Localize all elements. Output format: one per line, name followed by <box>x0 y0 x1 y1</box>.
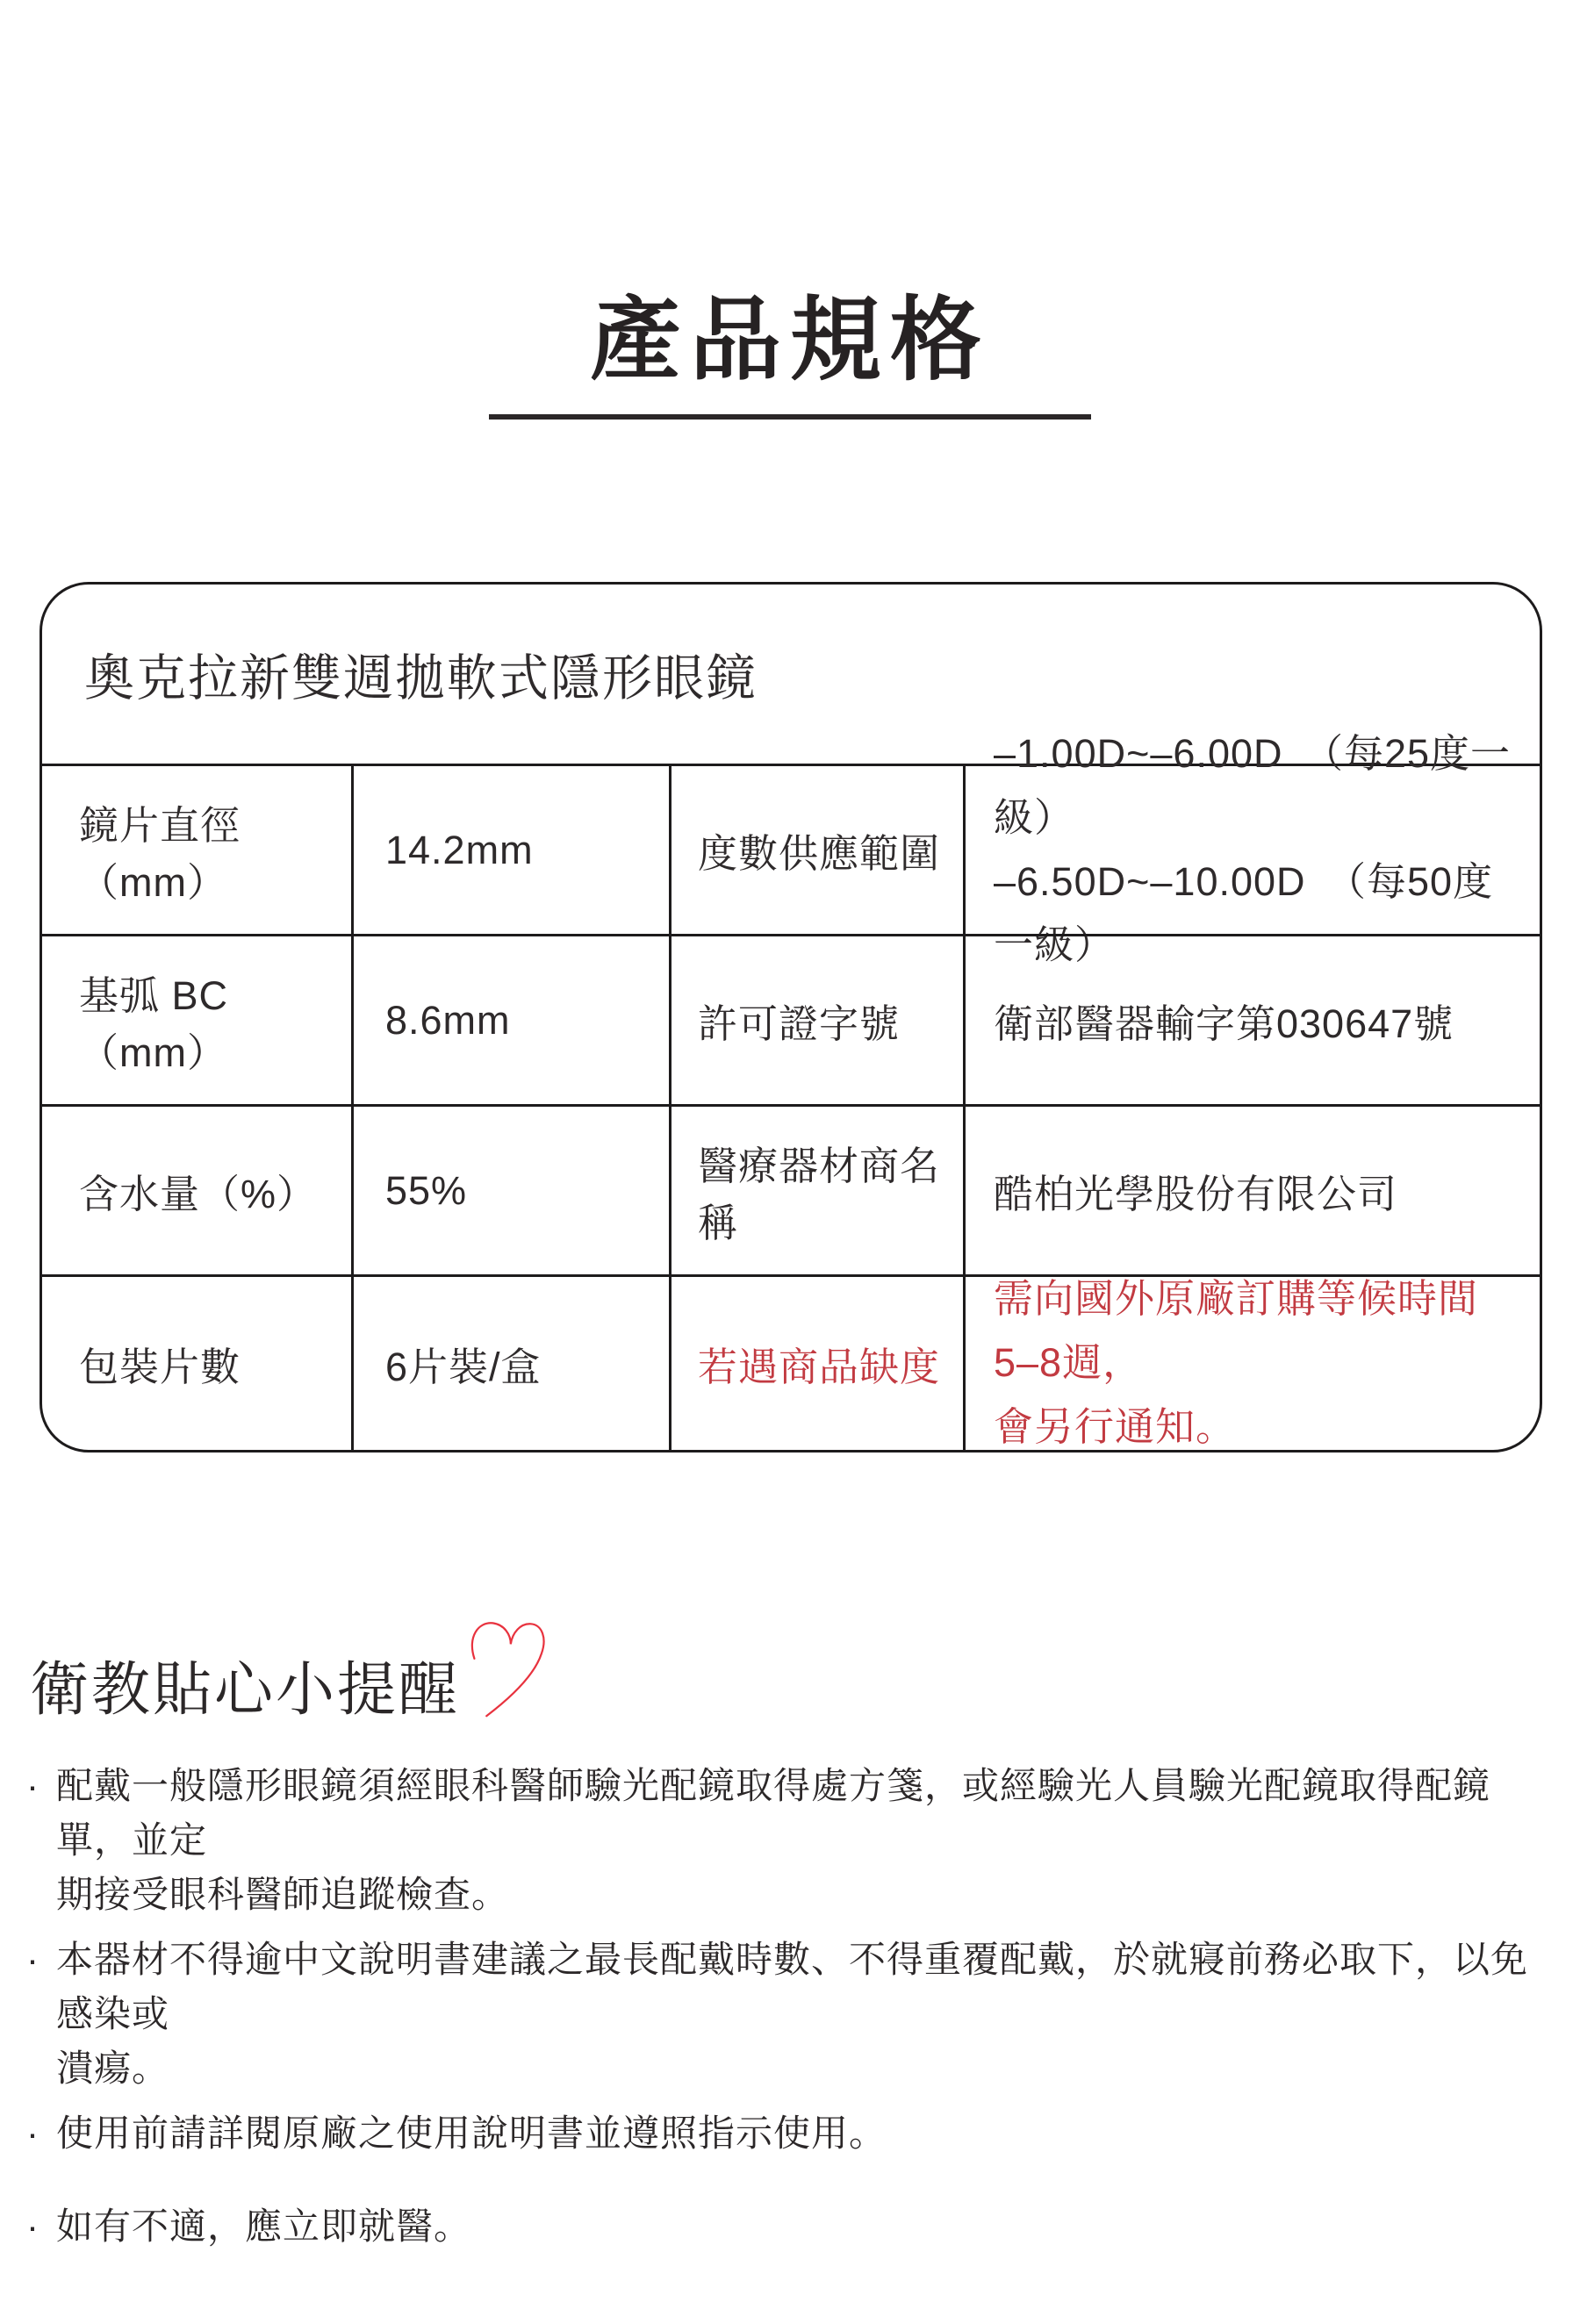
page-title: 產品規格 <box>0 290 1580 391</box>
spec-label-water-content: 含水量（%） <box>42 1104 351 1274</box>
title-block: 產品規格 <box>0 290 1580 420</box>
spec-table: 奧克拉新雙週拋軟式隱形眼鏡 鏡片直徑（mm） 14.2mm 度數供應範圍 –1.… <box>39 582 1542 1452</box>
spec-label-license-number: 許可證字號 <box>669 934 963 1104</box>
spec-label-out-of-stock: 若遇商品缺度 <box>669 1274 963 1450</box>
bullet-marker: · <box>26 2106 56 2161</box>
spec-label-pack-count: 包裝片數 <box>42 1274 351 1450</box>
tip-prescription: 配戴一般隱形眼鏡須經眼科醫師驗光配鏡取得處方箋，或經驗光人員驗光配鏡取得配鏡單，… <box>56 1759 1555 1922</box>
spec-label-vendor-name: 醫療器材商名稱 <box>669 1104 963 1274</box>
bullet-marker: · <box>26 1933 56 1987</box>
spec-value-power-range: –1.00D~–6.00D （每25度一級） –6.50D~–10.00D （每… <box>963 764 1540 934</box>
spec-value-out-of-stock: 需向國外原廠訂購等候時間5–8週， 會另行通知。 <box>963 1274 1540 1450</box>
bullet-marker: · <box>26 1759 56 1813</box>
spec-label-power-range: 度數供應範圍 <box>669 764 963 934</box>
spec-value-water-content: 55% <box>351 1104 669 1274</box>
spec-value-pack-count: 6片裝/盒 <box>351 1274 669 1450</box>
tip-read-manual: 使用前請詳閱原廠之使用說明書並遵照指示使用。 <box>56 2106 887 2161</box>
heart-icon <box>469 1613 549 1722</box>
title-underline <box>489 414 1091 420</box>
product-spec-page: 產品規格 奧克拉新雙週拋軟式隱形眼鏡 鏡片直徑（mm） 14.2mm 度數供應範… <box>0 0 1580 2324</box>
spec-value-lens-diameter: 14.2mm <box>351 764 669 934</box>
spec-value-license-number: 衛部醫器輸字第030647號 <box>963 934 1540 1104</box>
health-tips-heading-block: 衛教貼心小提醒 <box>30 1643 460 1722</box>
health-tips-heading: 衛教貼心小提醒 <box>30 1643 460 1727</box>
spec-value-base-curve: 8.6mm <box>351 934 669 1104</box>
tip-see-doctor: 如有不適，應立即就醫。 <box>56 2199 471 2254</box>
list-item: · 如有不適，應立即就醫。 <box>26 2199 1555 2254</box>
bullet-marker: · <box>26 2199 56 2254</box>
spec-value-vendor-name: 酷柏光學股份有限公司 <box>963 1104 1540 1274</box>
list-item: · 本器材不得逾中文說明書建議之最長配戴時數、不得重覆配戴，於就寢前務必取下，以… <box>26 1933 1555 2096</box>
spec-label-base-curve: 基弧 BC（mm） <box>42 934 351 1104</box>
tip-wear-time: 本器材不得逾中文說明書建議之最長配戴時數、不得重覆配戴，於就寢前務必取下，以免感… <box>56 1933 1555 2096</box>
list-item: · 使用前請詳閱原廠之使用說明書並遵照指示使用。 <box>26 2106 1555 2161</box>
health-tips-list: · 配戴一般隱形眼鏡須經眼科醫師驗光配鏡取得處方箋，或經驗光人員驗光配鏡取得配鏡… <box>26 1759 1555 2254</box>
spec-label-lens-diameter: 鏡片直徑（mm） <box>42 764 351 934</box>
list-item: · 配戴一般隱形眼鏡須經眼科醫師驗光配鏡取得處方箋，或經驗光人員驗光配鏡取得配鏡… <box>26 1759 1555 1922</box>
